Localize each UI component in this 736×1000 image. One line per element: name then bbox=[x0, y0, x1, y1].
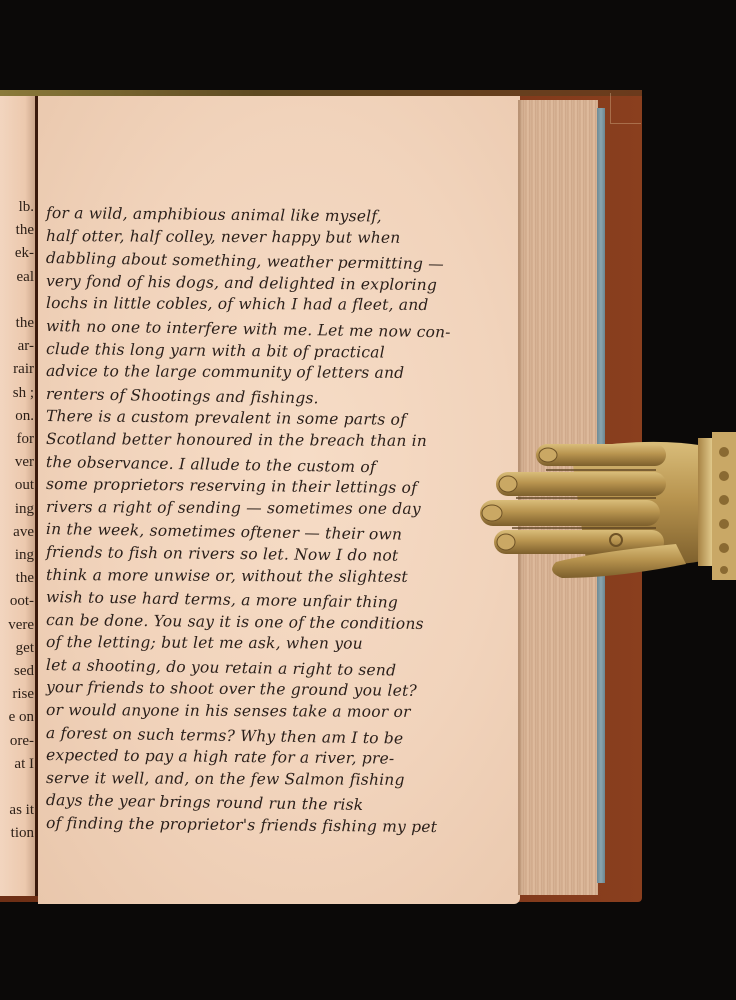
manuscript-line: serve it well, and, on the few Salmon fi… bbox=[46, 767, 496, 792]
manuscript-line: rivers a right of sending — sometimes on… bbox=[46, 496, 496, 521]
manuscript-line: advice to the large community of letters… bbox=[46, 360, 496, 385]
book-photograph: lb. the ek- eal the ar- rair sh ; on. fo… bbox=[0, 0, 736, 1000]
manuscript-line: of finding the proprietor's friends fish… bbox=[46, 812, 496, 839]
cover-corner-tooling bbox=[610, 93, 641, 124]
manuscript-line: half otter, half colley, never happy but… bbox=[46, 225, 496, 250]
manuscript-line: think a more unwise or, without the slig… bbox=[46, 564, 496, 589]
manuscript-line: lochs in little cobles, of which I had a… bbox=[46, 292, 496, 317]
left-page: lb. the ek- eal the ar- rair sh ; on. fo… bbox=[0, 96, 36, 896]
left-page-printed-text: lb. the ek- eal the ar- rair sh ; on. fo… bbox=[8, 196, 34, 846]
manuscript-line: of the letting; but let me ask, when you bbox=[46, 631, 496, 656]
manuscript-line: or would anyone in his senses take a moo… bbox=[46, 699, 496, 724]
handwritten-manuscript-text: for a wild, amphibious animal like mysel… bbox=[46, 202, 496, 835]
brass-hand-icon bbox=[476, 432, 736, 580]
manuscript-line: Scotland better honoured in the breach t… bbox=[46, 428, 496, 453]
